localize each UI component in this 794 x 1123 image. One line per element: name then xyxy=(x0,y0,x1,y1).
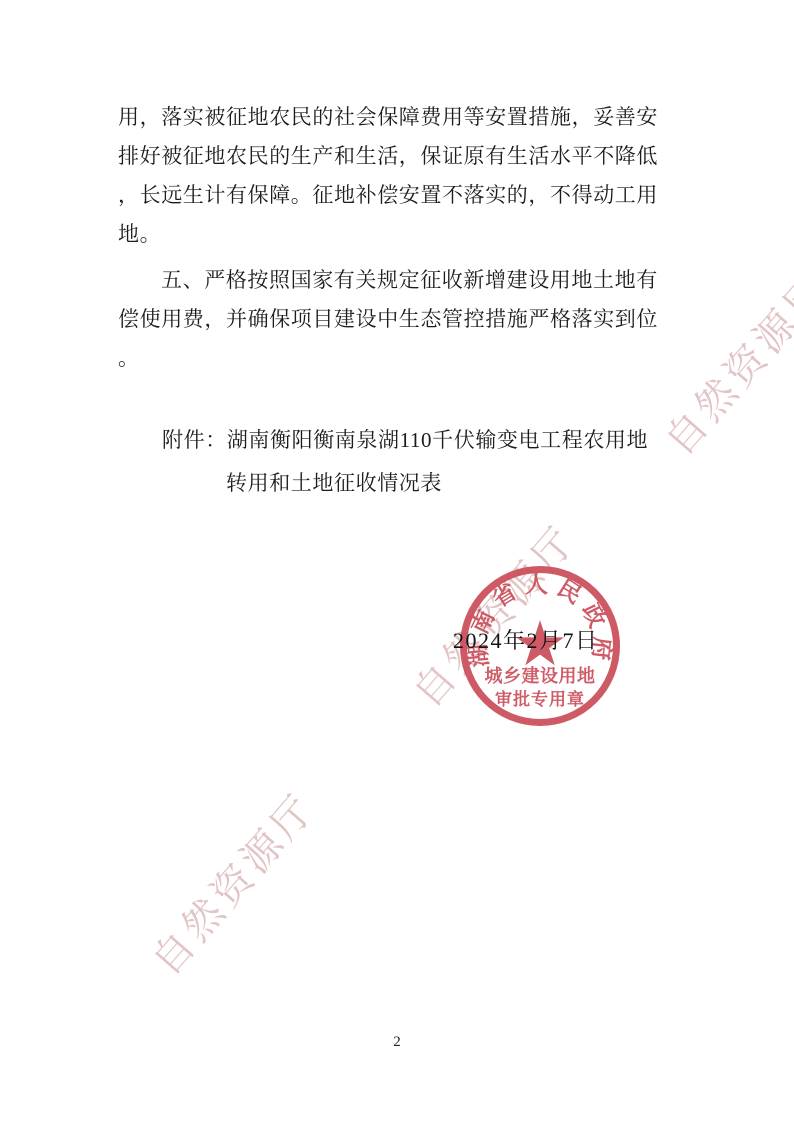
body-text-line: 用，落实被征地农民的社会保障费用等安置措施，妥善安 xyxy=(118,98,666,137)
body-text-line: 五、严格按照国家有关规定征收新增建设用地土地有 xyxy=(118,261,666,300)
body-text-line: 地。 xyxy=(118,215,666,254)
attachment-note: 附件：湖南衡阳衡南泉湖110千伏输变电工程农用地 转用和土地征收情况表 xyxy=(162,419,682,505)
attachment-line: 转用和土地征收情况表 xyxy=(162,462,682,505)
paragraph-1: 用，落实被征地农民的社会保障费用等安置措施，妥善安 排好被征地农民的生产和生活，… xyxy=(118,98,666,254)
attachment-label: 附件： xyxy=(162,428,227,452)
body-text-line: ，长远生计有保障。征地补偿安置不落实的，不得动工用 xyxy=(118,176,666,215)
body-text-line: 。 xyxy=(118,339,666,378)
document-page: 自然资源厅 自然资源厅 自然资源厅 用，落实被征地农民的社会保障费用等安置措施，… xyxy=(0,0,794,1123)
body-text-line: 偿使用费，并确保项目建设中生态管控措施严格落实到位 xyxy=(118,300,666,339)
document-date: 2024年2月7日 xyxy=(453,624,599,655)
attachment-title: 湖南衡阳衡南泉湖110千伏输变电工程农用地 xyxy=(227,428,648,452)
seal-caption-line2: 审批专用章 xyxy=(460,685,620,710)
paragraph-2: 五、严格按照国家有关规定征收新增建设用地土地有 偿使用费，并确保项目建设中生态管… xyxy=(118,261,666,378)
watermark-text: 自然资源厅 xyxy=(137,778,328,985)
page-number: 2 xyxy=(0,1034,794,1051)
attachment-line: 附件：湖南衡阳衡南泉湖110千伏输变电工程农用地 xyxy=(162,419,682,462)
body-text-line: 排好被征地农民的生产和生活，保证原有生活水平不降低 xyxy=(118,137,666,176)
